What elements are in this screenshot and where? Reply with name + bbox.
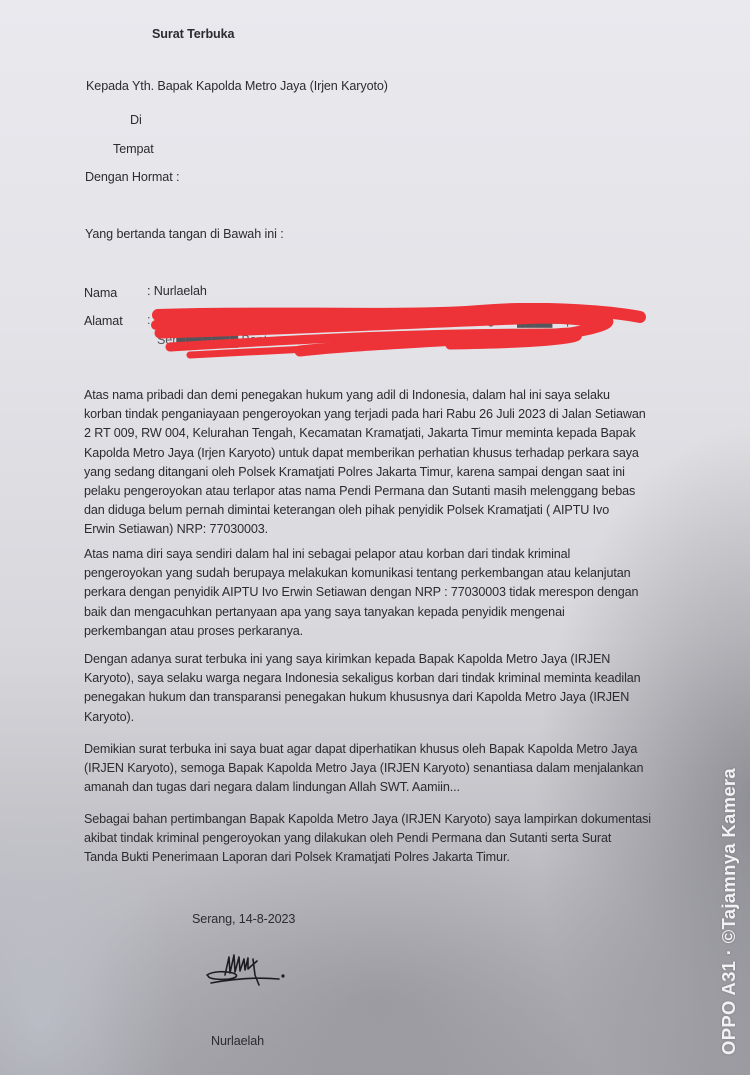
paragraph-4: Demikian surat terbuka ini saya buat aga…	[84, 740, 724, 798]
signature-icon	[203, 945, 303, 995]
address-value-line1: : K████████ RT/RW 003/001 ████████ Kecam…	[147, 311, 597, 329]
letter-page: Surat Terbuka Kepada Yth. Bapak Kapolda …	[0, 0, 750, 1075]
letter-title: Surat Terbuka	[152, 25, 234, 43]
address-value-line2: Ser███████ Banten.	[157, 331, 284, 349]
paragraph-5: Sebagai bahan pertimbangan Bapak Kapolda…	[84, 810, 724, 868]
paragraph-line: yang sedang ditangani oleh Polsek Kramat…	[84, 463, 724, 482]
paragraph-line: pengeroyokan yang sudah berupaya melakuk…	[84, 564, 724, 583]
paragraph-line: Erwin Setiawan) NRP: 77030003.	[84, 520, 724, 539]
di-line: Di	[130, 111, 142, 129]
paragraph-3: Dengan adanya surat terbuka ini yang say…	[84, 650, 724, 727]
tempat-line: Tempat	[113, 140, 154, 158]
paragraph-line: dan diduga belum pernah dimintai keteran…	[84, 501, 724, 520]
paragraph-line: Sebagai bahan pertimbangan Bapak Kapolda…	[84, 810, 724, 829]
paragraph-line: akibat tindak kriminal pengeroyokan yang…	[84, 829, 724, 848]
greeting-line: Dengan Hormat :	[85, 168, 179, 186]
paragraph-line: pelaku pengeroyokan atau terlapor atas n…	[84, 482, 724, 501]
name-value: : Nurlaelah	[147, 282, 207, 300]
paragraph-line: perkembangan atau proses perkaranya.	[84, 622, 724, 641]
name-label: Nama	[84, 284, 117, 302]
paragraph-line: Kapolda Metro Jaya (Irjen Karyoto) untuk…	[84, 444, 724, 463]
paragraph-line: Karyoto), saya selaku warga negara Indon…	[84, 669, 724, 688]
paragraph-line: korban tindak penganiayaan pengeroyokan …	[84, 405, 724, 424]
paragraph-line: Atas nama diri saya sendiri dalam hal in…	[84, 545, 724, 564]
paragraph-line: Karyoto).	[84, 708, 724, 727]
paragraph-line: Tanda Bukti Penerimaan Laporan dari Pols…	[84, 848, 724, 867]
paragraph-line: Demikian surat terbuka ini saya buat aga…	[84, 740, 724, 759]
signer-name: Nurlaelah	[211, 1032, 264, 1050]
recipient-line: Kepada Yth. Bapak Kapolda Metro Jaya (Ir…	[86, 77, 388, 95]
paragraph-2: Atas nama diri saya sendiri dalam hal in…	[84, 545, 724, 641]
paragraph-line: (IRJEN Karyoto), semoga Bapak Kapolda Me…	[84, 759, 724, 778]
paragraph-line: perkara dengan penyidik AIPTU Ivo Erwin …	[84, 583, 724, 602]
place-date: Serang, 14-8-2023	[192, 910, 295, 928]
paragraph-line: amanah dan tugas dari negara dalam lindu…	[84, 778, 724, 797]
address-label: Alamat	[84, 312, 123, 330]
paragraph-line: Dengan adanya surat terbuka ini yang say…	[84, 650, 724, 669]
paragraph-1: Atas nama pribadi dan demi penegakan huk…	[84, 386, 724, 540]
paragraph-line: Atas nama pribadi dan demi penegakan huk…	[84, 386, 724, 405]
paragraph-line: penegakan hukum dan transparansi penegak…	[84, 688, 724, 707]
camera-watermark: OPPO A31 · ©Tajamnya Kamera	[718, 768, 740, 1055]
intro-line: Yang bertanda tangan di Bawah ini :	[85, 225, 284, 243]
paragraph-line: baik dan mengacuhkan pertanyaan apa yang…	[84, 603, 724, 622]
paragraph-line: 2 RT 009, RW 004, Kelurahan Tengah, Keca…	[84, 424, 724, 443]
